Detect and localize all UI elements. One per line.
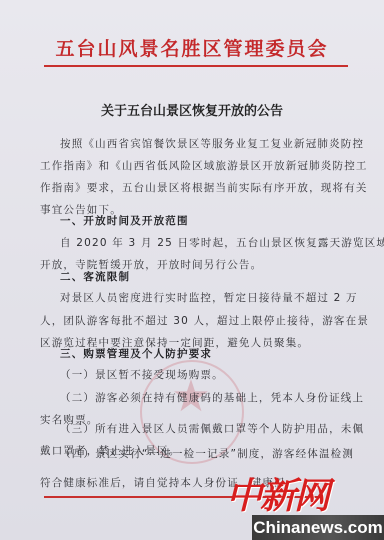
header-divider xyxy=(44,65,348,67)
section-3-line: （二）游客必须在持有健康码的基础上，凭本人身份证线上 xyxy=(60,390,370,405)
section-1-line: 自 2020 年 3 月 25 日零时起，五台山景区恢复露天游览区域 xyxy=(60,235,370,250)
section-3-line: （一）景区暂不接受现场购票。 xyxy=(60,367,370,382)
section-heading-1: 一、开放时间及开放范围 xyxy=(60,213,370,228)
section-3-line: （三）所有进入景区人员需佩戴口罩等个人防护用品，未佩 xyxy=(60,421,370,436)
section-2-line: 对景区人员密度进行实时监控，暂定日接待量不超过 2 万 xyxy=(60,290,370,305)
chinanews-watermark-logo: 中新网 xyxy=(226,468,328,519)
organization-header: 五台山风景名胜区管理委员会 xyxy=(0,34,384,61)
chinanews-watermark-text: Chinanews.com xyxy=(252,515,384,540)
section-heading-3: 三、购票管理及个人防护要求 xyxy=(60,346,370,361)
section-3-line: （四）景区实行“一进一检一记录”制度，游客经体温检测 xyxy=(60,446,370,461)
section-2-line: 人，团队游客每批不超过 30 人，超过上限停止接待，游客在景 xyxy=(40,313,350,328)
intro-line: 作指南》要求，五台山景区将根据当前实际有序开放，现将有关 xyxy=(40,180,350,195)
section-heading-2: 二、客流限制 xyxy=(60,269,370,284)
document-title: 关于五台山景区恢复开放的公告 xyxy=(0,100,384,119)
intro-line: 工作指南》和《山西省低风险区域旅游景区开放新冠肺炎防控工 xyxy=(40,158,350,173)
intro-line: 按照《山西省宾馆餐饮景区等服务业复工复业新冠肺炎防控 xyxy=(60,136,370,151)
